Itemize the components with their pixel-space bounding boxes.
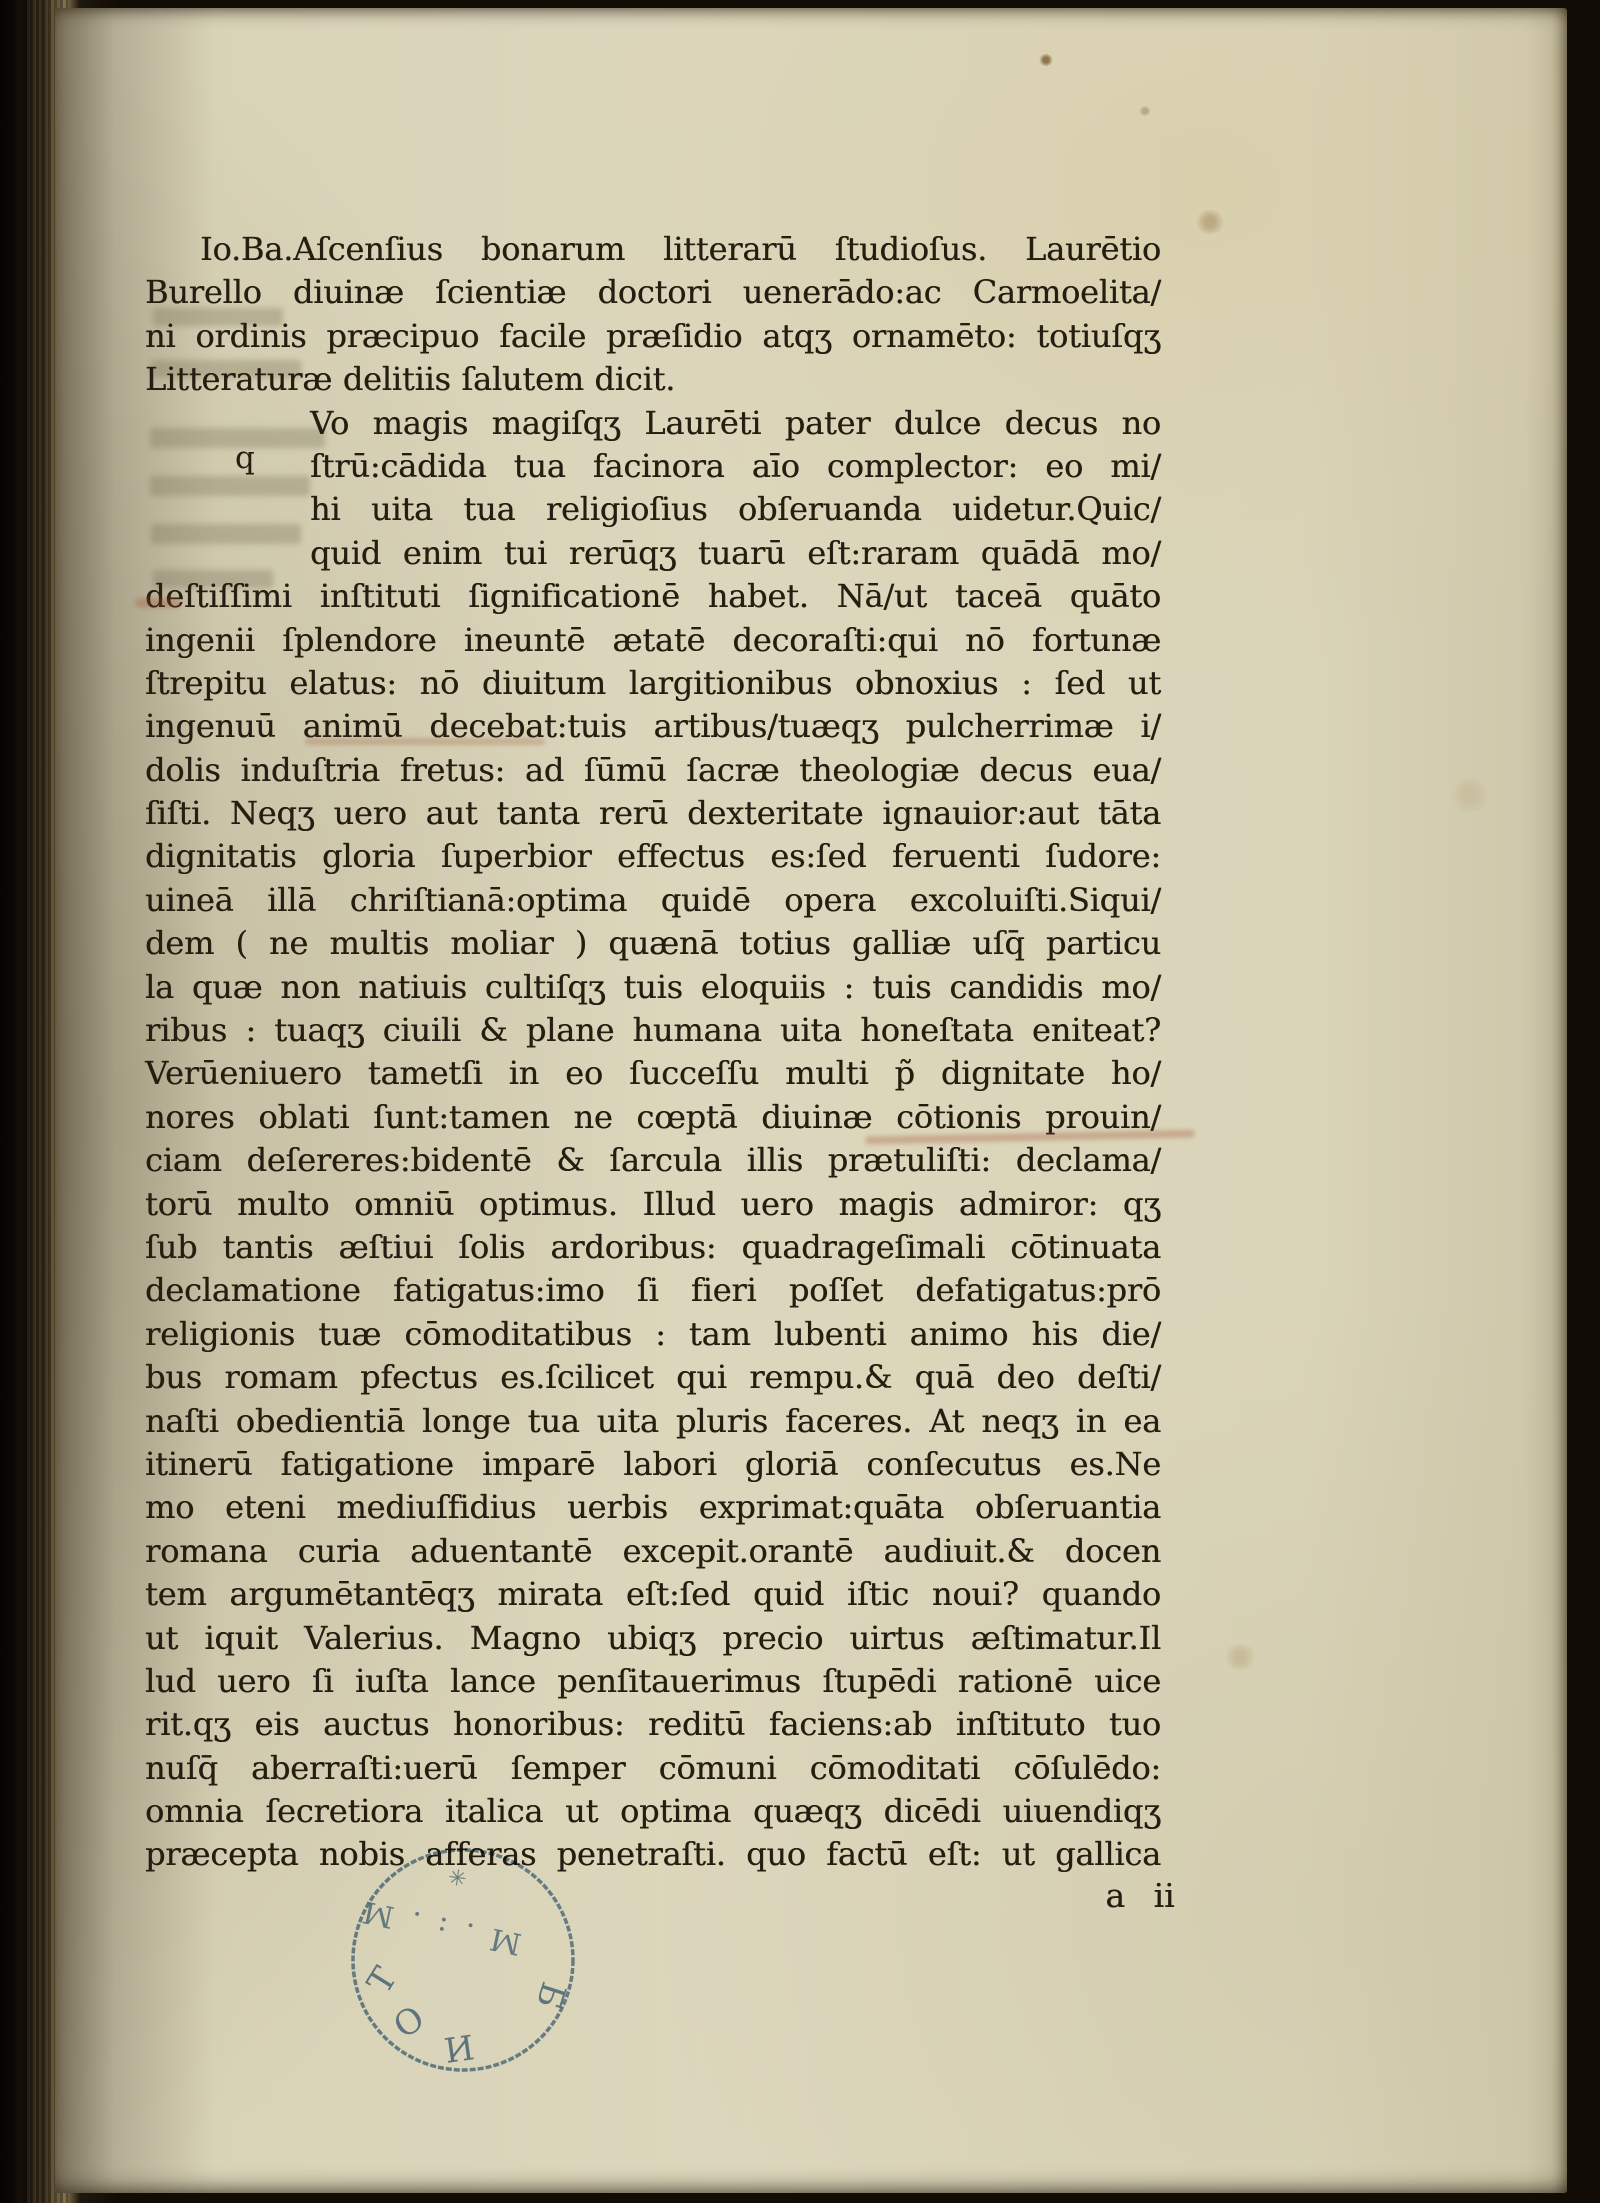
- text-line: religionis tuæ cōmoditatibus : tam luben…: [145, 1313, 1161, 1356]
- foxing-stain: [1039, 54, 1053, 66]
- text-line: præcepta nobis afferas penetraſti. quo f…: [145, 1833, 1161, 1876]
- text-block: Io.Ba.Aſcenſius bonarum litterarū ſtudio…: [145, 228, 1161, 1877]
- text-line: quid enim tui rerūqʒ tuarū eſt:raram quā…: [310, 532, 1161, 575]
- text-line: bus romam pfectus es.ſcilicet qui rempu.…: [145, 1356, 1161, 1399]
- book-page-scan: Io.Ba.Aſcenſius bonarum litterarū ſtudio…: [0, 0, 1600, 2203]
- stamp-top-mark: ✳: [447, 1862, 469, 1889]
- text-line: uineā illā chriſtianā:optima quidē opera…: [145, 879, 1161, 922]
- text-line: omnia ſecretiora italica ut optima quæqʒ…: [145, 1790, 1161, 1833]
- text-line: ſtrū:cādida tua facinora aīo complector:…: [310, 445, 1161, 488]
- text-line: Litteraturæ delitiis ſalutem dicit.: [145, 358, 1161, 401]
- text-line: declamatione fatigatus:imo ſi fieri poſſ…: [145, 1269, 1161, 1312]
- text-line: romana curia aduentantē excepit.orantē a…: [145, 1530, 1161, 1573]
- drop-cap-guide-letter: q: [235, 440, 255, 476]
- text-line: dem ( ne multis moliar ) quænā totius ga…: [145, 922, 1161, 965]
- text-line: itinerū fatigatione imparē labori gloriā…: [145, 1443, 1161, 1486]
- foxing-stain: [1139, 106, 1151, 116]
- text-line: Vo magis magiſqʒ Laurēti pater dulce dec…: [310, 402, 1161, 445]
- text-line: nuſq̄ aberraſti:uerū ſemper cōmuni cōmod…: [145, 1747, 1161, 1790]
- text-lines: Io.Ba.Aſcenſius bonarum litterarū ſtudio…: [145, 228, 1161, 1877]
- stamp-letter: Т: [360, 1960, 406, 2001]
- text-line: rit.qʒ eis auctus honoribus: reditū faci…: [145, 1703, 1161, 1746]
- text-line: ſtrepitu elatus: nō diuitum largitionibu…: [145, 662, 1161, 705]
- stamp-inner-text: М . : . М: [356, 1893, 524, 1961]
- text-line: dignitatis gloria ſuperbior effectus es:…: [145, 835, 1161, 878]
- text-line: mo eteni mediuſfidius uerbis exprimat:qu…: [145, 1486, 1161, 1529]
- text-line: hi uita tua religioſius obſeruanda uidet…: [310, 488, 1161, 531]
- text-line: deſtiſſimi inſtituti ſignificationē habe…: [145, 575, 1161, 618]
- red-ink-annotation: [135, 598, 181, 608]
- text-line: ribus : tuaqʒ ciuili & plane humana uita…: [145, 1009, 1161, 1052]
- text-line: ſiſti. Neqʒ uero aut tanta rerū dexterit…: [145, 792, 1161, 835]
- text-line: Io.Ba.Aſcenſius bonarum litterarū ſtudio…: [145, 228, 1161, 271]
- text-line: ingenii ſplendore ineuntē ætatē decoraſt…: [145, 619, 1161, 662]
- text-line: lud uero ſi iuſta lance penſitauerimus ſ…: [145, 1660, 1161, 1703]
- text-line: torū multo omniū optimus. Illud uero mag…: [145, 1183, 1161, 1226]
- text-line: tem argumētantēqʒ mirata eſt:ſed quid iſ…: [145, 1573, 1161, 1616]
- stamp-letter: И: [442, 2028, 477, 2072]
- foxing-stain: [1195, 210, 1225, 234]
- foxing-stain: [1223, 1644, 1257, 1670]
- text-line: Verūeniuero tametſi in eo ſucceſſu multi…: [145, 1052, 1161, 1095]
- text-line: ni ordinis præcipuo facile præſidio atqʒ…: [145, 315, 1161, 358]
- stamp-letter: О: [387, 1998, 432, 2047]
- paper-page: Io.Ba.Aſcenſius bonarum litterarū ſtudio…: [55, 8, 1567, 2193]
- text-line: la quæ non natiuis cultiſqʒ tuis eloquii…: [145, 966, 1161, 1009]
- text-line: ingenuū animū decebat:tuis artibus/tuæqʒ…: [145, 705, 1161, 748]
- library-stamp: Т О И Б М . : . М ✳: [343, 1840, 583, 2080]
- text-line: Burello diuinæ ſcientiæ doctori uenerādo…: [145, 271, 1161, 314]
- quire-signature: a ii: [1030, 1876, 1250, 1915]
- stamp-letter: Б: [528, 1977, 574, 2013]
- text-line: ciam deſereres:bidentē & ſarcula illis p…: [145, 1139, 1161, 1182]
- text-line: ſub tantis æſtiui ſolis ardoribus: quadr…: [145, 1226, 1161, 1269]
- text-line: naſti obedientiā longe tua uita pluris f…: [145, 1400, 1161, 1443]
- text-line: ut iquit Valerius. Magno ubiqʒ precio ui…: [145, 1617, 1161, 1660]
- foxing-stain: [1450, 778, 1490, 812]
- text-line: dolis induſtria fretus: ad ſūmū ſacræ th…: [145, 749, 1161, 792]
- red-ink-annotation: [305, 738, 545, 745]
